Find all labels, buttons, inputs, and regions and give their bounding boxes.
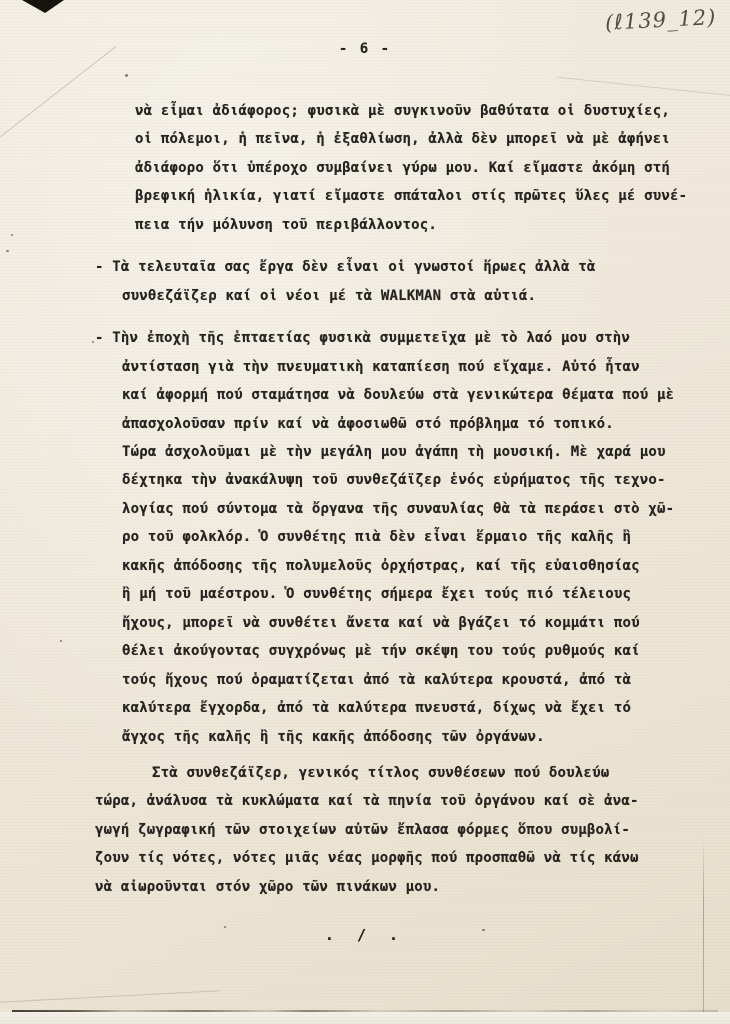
text-line: δέχτηκα τὴν ἀνακάλυψη τοῦ συνθεζάϊζερ ἑν… — [122, 466, 730, 494]
paper-speck — [6, 250, 9, 252]
page-right-edge-shadow — [703, 838, 704, 1012]
paper-speck — [11, 234, 13, 236]
text-line: βρεφική ἡλικία, γιατί εἴμαστε σπάταλοι σ… — [135, 182, 730, 210]
scanner-background-strip — [0, 1012, 730, 1024]
paper-speck — [224, 926, 226, 928]
text-line: θέλει ἀκούγοντας συγχρόνως μὲ τήν σκέψη … — [122, 637, 730, 665]
paper-crease — [0, 990, 220, 1003]
paper-speck — [60, 640, 62, 642]
handwritten-reference: (ℓ139_12) — [604, 5, 716, 35]
text-line: ἢ μή τοῦ μαέστρου. Ὁ συνθέτης σήμερα ἔχε… — [122, 580, 730, 608]
text-line: συνθεζάϊζερ καί οἱ νέοι μέ τὰ WALKMAN στ… — [122, 282, 730, 310]
text-line: - Τὰ τελευταῖα σας ἔργα δὲν εἶναι οἱ γνω… — [95, 253, 730, 281]
bullet-dash: - — [95, 259, 112, 275]
text-line: ζουν τίς νότες, νότες μιᾶς νέας μορφῆς π… — [95, 844, 730, 872]
text-line: ἀδιάφορο ὅτι ὑπέροχο συμβαίνει γύρω μου.… — [135, 154, 730, 182]
text-line: Τώρα ἀσχολοῦμαι μὲ τὴν μεγάλη μου ἀγάπη … — [122, 438, 730, 466]
paper-crease — [556, 77, 730, 97]
typed-paragraph: - Τὰ τελευταῖα σας ἔργα δὲν εἶναι οἱ γνω… — [122, 253, 730, 310]
text-line: καλύτερα ἔγχορδα, ἀπό τὰ καλύτερα πνευστ… — [122, 694, 730, 722]
paper-speck — [125, 74, 128, 77]
text-line: ἀπασχολοῦσαν πρίν καί νὰ ἀφοσιωθῶ στό πρ… — [122, 410, 730, 438]
text-line: νὰ αἰωροῦνται στόν χῶρο τῶν πινάκων μου. — [95, 873, 730, 901]
text-line: - Τὴν ἐποχὴ τῆς ἑπταετίας φυσικὰ συμμετε… — [95, 324, 730, 352]
text-line: τώρα, ἀνάλυσα τὰ κυκλώματα καί τὰ πηνία … — [95, 787, 730, 815]
typed-paragraph: νὰ εἶμαι ἀδιάφορος; φυσικὰ μὲ συγκινοῦν … — [135, 97, 730, 239]
text-line: Στὰ συνθεζάϊζερ, γενικός τίτλος συνθέσεω… — [95, 759, 730, 787]
paper-speck — [482, 929, 485, 931]
continuation-mark: . / . — [0, 926, 730, 944]
text-line: κακῆς ἀπόδοσης τῆς πολυμελοῦς ὀρχήστρας,… — [122, 552, 730, 580]
page-number: - 6 - — [0, 41, 730, 57]
text-line: λογίας πού σύντομα τὰ ὄργανα τῆς συναυλί… — [122, 495, 730, 523]
text-line: ἤχους, μπορεῖ νὰ συνθέτει ἄνετα καί νὰ β… — [122, 609, 730, 637]
corner-fold-mark — [22, 0, 64, 13]
bullet-dash: - — [95, 330, 112, 346]
text-line: νὰ εἶμαι ἀδιάφορος; φυσικὰ μὲ συγκινοῦν … — [135, 97, 730, 125]
scanned-document-page: (ℓ139_12) - 6 - νὰ εἶμαι ἀδιάφορος; φυσι… — [0, 0, 730, 1024]
text-line: γωγή ζωγραφική τῶν στοιχείων αὐτῶν ἔπλασ… — [95, 816, 730, 844]
typed-text-body: νὰ εἶμαι ἀδιάφορος; φυσικὰ μὲ συγκινοῦν … — [0, 97, 730, 901]
text-line: καί ἀφορμή πού σταμάτησα νὰ δουλεύω στὰ … — [122, 381, 730, 409]
typed-paragraph: - Τὴν ἐποχὴ τῆς ἑπταετίας φυσικὰ συμμετε… — [122, 324, 730, 751]
text-line: ρο τοῦ φολκλόρ. Ὁ συνθέτης πιὰ δὲν εἶναι… — [122, 523, 730, 551]
typed-paragraph: Στὰ συνθεζάϊζερ, γενικός τίτλος συνθέσεω… — [95, 759, 730, 901]
text-line: πεια τήν μόλυνση τοῦ περιβάλλοντος. — [135, 211, 730, 239]
paper-speck — [92, 341, 94, 343]
text-line: τούς ἤχους πού ὁραματίζεται ἀπό τὰ καλύτ… — [122, 666, 730, 694]
text-line: ἀντίσταση γιὰ τὴν πνευματικὴ καταπίεση π… — [122, 353, 730, 381]
text-line: ἄγχος τῆς καλῆς ἢ τῆς κακῆς ἀπόδοσης τῶν… — [122, 723, 730, 751]
text-line: οἱ πόλεμοι, ἡ πεῖνα, ἡ ἐξαθλίωση, ἀλλὰ δ… — [135, 125, 730, 153]
